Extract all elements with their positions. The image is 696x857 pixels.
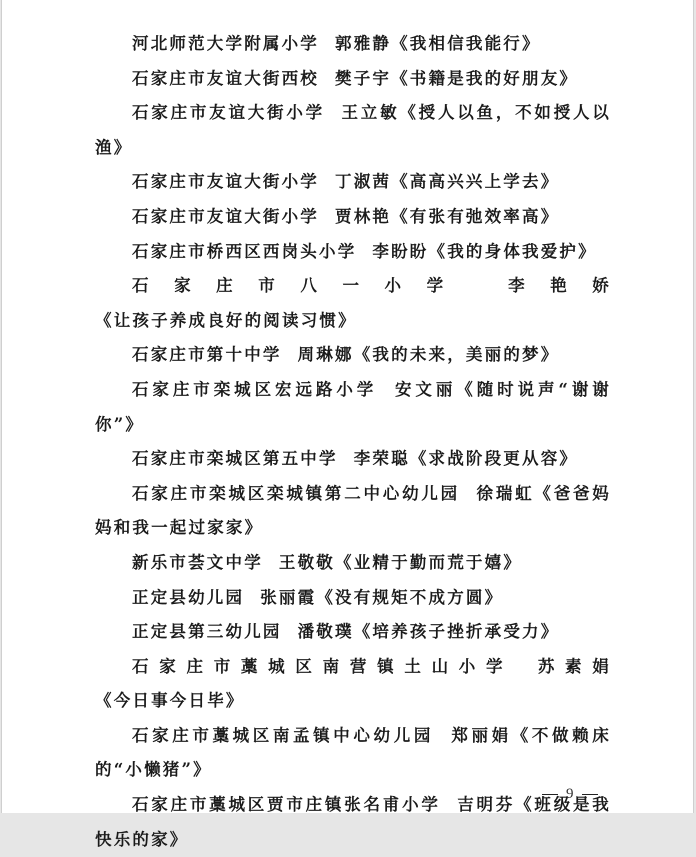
author-name: 苏素娟: [529, 657, 611, 676]
document-page: 河北师范大学附属小学郭雅静《我相信我能行》 石家庄市友谊大街西校樊子宇《书籍是我…: [1, 0, 694, 813]
school-name: 石家庄市友谊大街西校: [132, 69, 319, 88]
work-title: 《没有规矩不成方圆》: [316, 588, 503, 607]
author-name: 李艳娇: [485, 276, 611, 295]
school-name: 石家庄市友谊大街小学: [132, 207, 319, 226]
work-title: 《我的身体我爱护》: [429, 242, 597, 261]
school-name: 石家庄市栾城区栾城镇第二中心幼儿园: [132, 484, 460, 503]
author-name: 张丽霞: [260, 588, 316, 607]
work-title: 《我的未来，美丽的梦》: [354, 345, 560, 364]
list-item: 石家庄市栾城区宏远路小学安文丽《随时说声“谢谢你”》: [95, 373, 611, 442]
school-name: 石家庄市藁城区南孟镇中心幼儿园: [132, 726, 434, 745]
school-name: 石家庄市藁城区南营镇土山小学: [132, 657, 513, 676]
list-item: 石家庄市桥西区西岗头小学李盼盼《我的身体我爱护》: [95, 235, 611, 270]
school-name: 石家庄市藁城区贾市庄镇张名甫小学: [132, 795, 441, 814]
author-name: 王立敏: [341, 103, 399, 122]
list-item: 石家庄市藁城区南孟镇中心幼儿园郑丽娟《不做赖床的“小懒猪”》: [95, 719, 611, 788]
list-item: 石家庄市友谊大街小学贾林艳《有张有弛效率高》: [95, 200, 611, 235]
school-name: 石家庄市桥西区西岗头小学: [132, 242, 356, 261]
school-name: 石家庄市栾城区第五中学: [132, 449, 338, 468]
school-name: 石家庄市八一小学: [132, 276, 469, 295]
work-title: 《书籍是我的好朋友》: [391, 69, 578, 88]
school-name: 正定县幼儿园: [132, 588, 244, 607]
list-item: 石家庄市藁城区南营镇土山小学苏素娟《今日事今日毕》: [95, 650, 611, 719]
author-name: 贾林艳: [335, 207, 391, 226]
author-name: 吉明芬: [457, 795, 515, 814]
list-item: 石家庄市栾城区栾城镇第二中心幼儿园徐瑞虹《爸爸妈妈和我一起过家家》: [95, 477, 611, 546]
school-name: 正定县第三幼儿园: [132, 622, 282, 641]
dash-right: [582, 794, 598, 795]
author-name: 樊子宇: [335, 69, 391, 88]
work-title: 《有张有弛效率高》: [391, 207, 559, 226]
author-name: 郭雅静: [335, 34, 391, 53]
work-title: 《高高兴兴上学去》: [391, 172, 559, 191]
school-name: 石家庄市友谊大街小学: [132, 172, 319, 191]
author-name: 周琳娜: [298, 345, 354, 364]
author-name: 丁淑茜: [335, 172, 391, 191]
page-number: 9: [534, 786, 606, 803]
author-name: 王敬敬: [279, 553, 335, 572]
author-name: 安文丽: [393, 380, 456, 399]
list-item: 石家庄市友谊大街西校樊子宇《书籍是我的好朋友》: [95, 62, 611, 97]
school-name: 石家庄市栾城区宏远路小学: [132, 380, 377, 399]
dash-left: [542, 794, 558, 795]
list-item: 正定县第三幼儿园潘敬璞《培养孩子挫折承受力》: [95, 615, 611, 650]
page-number-value: 9: [566, 786, 574, 802]
author-name: 徐瑞虹: [476, 484, 534, 503]
school-name: 石家庄市第十中学: [132, 345, 282, 364]
work-title: 《求战阶段更从容》: [410, 449, 578, 468]
list-item: 河北师范大学附属小学郭雅静《我相信我能行》: [95, 27, 611, 62]
author-name: 郑丽娟: [450, 726, 512, 745]
author-name: 李盼盼: [372, 242, 428, 261]
list-item: 正定县幼儿园张丽霞《没有规矩不成方圆》: [95, 581, 611, 616]
work-title: 《我相信我能行》: [391, 34, 541, 53]
list-item: 石家庄市友谊大街小学王立敏《授人以鱼，不如授人以渔》: [95, 96, 611, 165]
work-title: 《让孩子养成良好的阅读习惯》: [95, 311, 357, 330]
list-item: 新乐市荟文中学王敬敬《业精于勤而荒于嬉》: [95, 546, 611, 581]
work-title: 《业精于勤而荒于嬉》: [335, 553, 522, 572]
school-name: 石家庄市友谊大街小学: [132, 103, 325, 122]
school-name: 河北师范大学附属小学: [132, 34, 319, 53]
list-item: 石家庄市第十中学周琳娜《我的未来，美丽的梦》: [95, 338, 611, 373]
author-name: 潘敬璞: [298, 622, 354, 641]
list-item: 石家庄市友谊大街小学丁淑茜《高高兴兴上学去》: [95, 165, 611, 200]
school-name: 新乐市荟文中学: [132, 553, 263, 572]
work-title: 《培养孩子挫折承受力》: [354, 622, 560, 641]
list-item: 石家庄市栾城区第五中学李荣聪《求战阶段更从容》: [95, 442, 611, 477]
entry-list: 河北师范大学附属小学郭雅静《我相信我能行》 石家庄市友谊大街西校樊子宇《书籍是我…: [95, 27, 611, 819]
author-name: 李荣聪: [354, 449, 410, 468]
list-item: 石家庄市八一小学李艳娇《让孩子养成良好的阅读习惯》: [95, 269, 611, 338]
work-title: 《今日事今日毕》: [95, 691, 245, 710]
